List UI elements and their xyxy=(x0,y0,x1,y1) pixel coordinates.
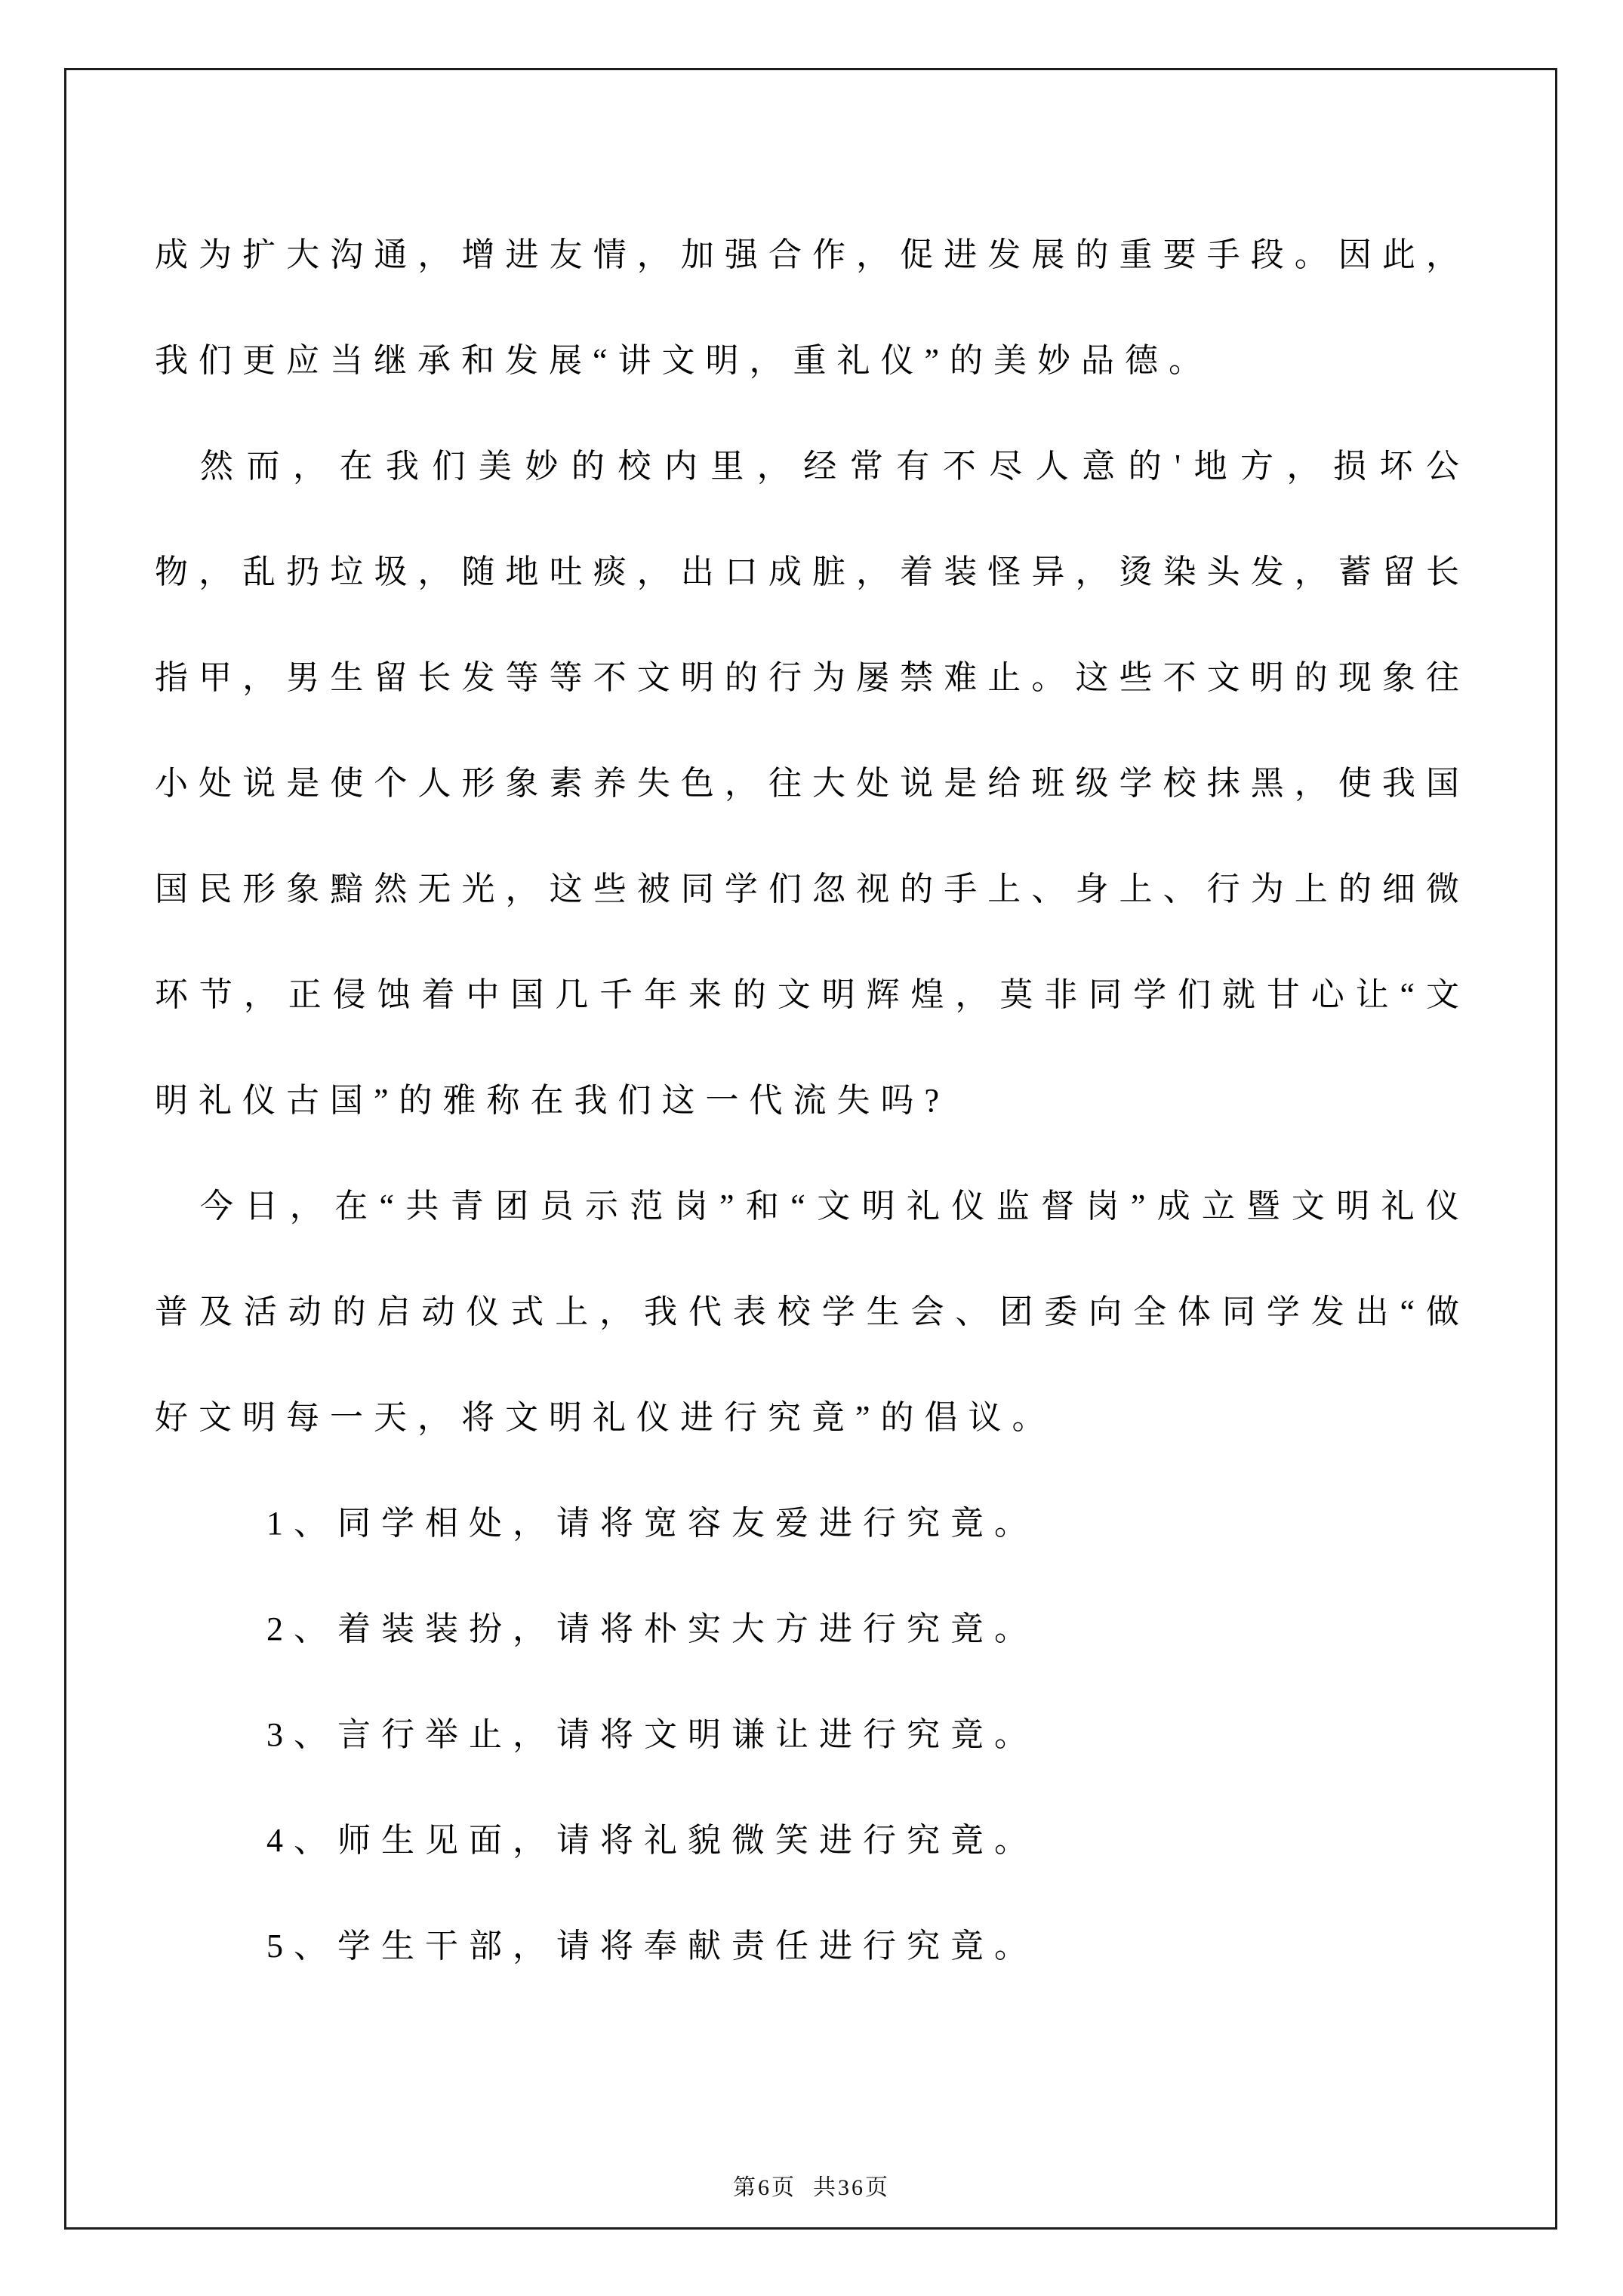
body-paragraph: 然而，在我们美妙的校内里，经常有不尽人意的'地方，损坏公物，乱扔垃圾，随地吐痰，… xyxy=(155,414,1470,1154)
page-number-total: 共36页 xyxy=(813,2175,890,2200)
list-item: 5、学生干部，请将奉献责任进行究竟。 xyxy=(155,1894,1470,1999)
page-number-current: 第6页 xyxy=(733,2175,796,2200)
page-number: 第6页共36页 xyxy=(0,2168,1623,2202)
body-paragraph: 今日，在“共青团员示范岗”和“文明礼仪监督岗”成立暨文明礼仪普及活动的启动仪式上… xyxy=(155,1154,1470,1471)
document-body: 成为扩大沟通，增进友情，加强合作，促进发展的重要手段。因此，我们更应当继承和发展… xyxy=(155,202,1470,1999)
body-paragraph: 成为扩大沟通，增进友情，加强合作，促进发展的重要手段。因此，我们更应当继承和发展… xyxy=(155,202,1470,414)
list-item: 4、师生见面，请将礼貌微笑进行究竟。 xyxy=(155,1788,1470,1894)
list-item: 1、同学相处，请将宽容友爱进行究竟。 xyxy=(155,1471,1470,1576)
list-item: 3、言行举止，请将文明谦让进行究竟。 xyxy=(155,1682,1470,1788)
list-item: 2、着装装扮，请将朴实大方进行究竟。 xyxy=(155,1576,1470,1682)
